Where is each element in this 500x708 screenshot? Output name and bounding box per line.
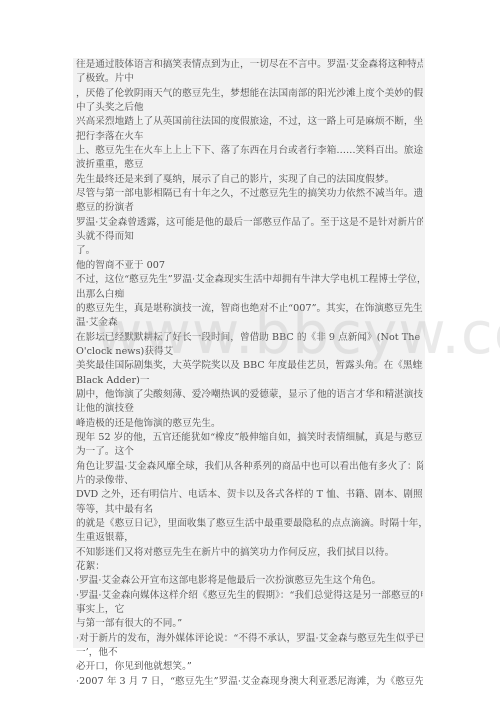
text-line: 一’，他不 bbox=[76, 646, 423, 660]
section-heading: 他的智商不亚于 007 bbox=[76, 259, 423, 273]
text-line: 波折重重，憨豆 bbox=[76, 158, 423, 172]
text-line: O'clock news)获得艾 bbox=[76, 345, 423, 359]
text-line: Black Adder)一 bbox=[76, 374, 423, 388]
text-line: 事实上，它 bbox=[76, 603, 423, 617]
document-page: 往是通过肢体语言和搞笑表情点到为止，一切尽在不言中。罗温·艾金森将这种特点表演到… bbox=[73, 58, 425, 648]
text-line: 憨豆的扮演者 bbox=[76, 201, 423, 215]
text-line: 出那么白痴 bbox=[76, 288, 423, 302]
text-line: 先生最终还是来到了戛纳，展示了自己的影片，实现了自己的法国度假梦。 bbox=[76, 173, 423, 187]
text-line: 温·艾金森 bbox=[76, 316, 423, 330]
text-line: 剧中，他饰演了尖酸刻薄、爱冷嘲热讽的爱德蒙，显示了他的语言才华和精湛演技。不过， bbox=[76, 388, 423, 402]
text-line: 的憨豆先生，真是堪称演技一流，智商也绝对不止“007”。其实，在饰演憨豆先生之前… bbox=[76, 302, 423, 316]
section-heading: 花絮： bbox=[76, 560, 423, 574]
text-line: DVD 之外，还有明信片、电话本、贺卡以及各式各样的 T 恤、书籍、剧本、剧照集… bbox=[76, 488, 423, 502]
text-line: 片的录像带、 bbox=[76, 474, 423, 488]
text-line: 与第一部有很大的不同。” bbox=[76, 617, 423, 631]
text-line: 头就不得而知 bbox=[76, 230, 423, 244]
text-line: 在影坛已经默默耕耘了好长一段时间，曾借助 BBC 的《非 9 点新闻》(Not … bbox=[76, 331, 423, 345]
text-line: ·对于新片的发布，海外媒体评论说：“不得不承认，罗温·艾金森与憨豆先生似乎已‘二… bbox=[76, 632, 423, 646]
text-line: 峰造极的还是他饰演的憨豆先生。 bbox=[76, 417, 423, 431]
text-line: 尽管与第一部电影相隔已有十年之久，不过憨豆先生的搞笑功力依然不减当年。遗憾的是， bbox=[76, 187, 423, 201]
text-line: 等等，其中最有名 bbox=[76, 503, 423, 517]
text-line: 让他的演技登 bbox=[76, 402, 423, 416]
text-line: 不过，这位“憨豆先生”罗温·艾金森现实生活中却拥有牛津大学电机工程博士学位，能够… bbox=[76, 273, 423, 287]
text-line: 必开口，你见到他就想笑。” bbox=[76, 660, 423, 674]
text-line: ·罗温·艾金森向媒体这样介绍《憨豆先生的假期》：“我们总觉得这是另一部憨豆的电影… bbox=[76, 589, 423, 603]
text-line: 现年 52 岁的他，五官还能犹如“橡皮”般伸缩自如，搞笑时表情细腻，真是与憨豆先… bbox=[76, 431, 423, 445]
text-line: 了极致。片中 bbox=[76, 72, 423, 86]
text-line: 罗温·艾金森曾透露，这可能是他的最后一部憨豆作品了。至于这是不是针对新片的炒作噱 bbox=[76, 216, 423, 230]
text-line: ，厌倦了伦敦阴雨天气的憨豆先生，梦想能在法国南部的阳光沙滩上度个美妙的假期。在 bbox=[76, 87, 423, 101]
text-line: 为一了。这个 bbox=[76, 445, 423, 459]
text-line: 的就是《憨豆日记》，里面收集了憨豆生活中最重要最隐私的点点滴滴。时隔十年，憨豆先 bbox=[76, 517, 423, 531]
text-line: 生重返银幕， bbox=[76, 531, 423, 545]
text-line: 兴高采烈地踏上了从英国前往法国的度假旅途，不过，这一路上可是麻烦不断，坐错车、 bbox=[76, 115, 423, 129]
text-line: 中了头奖之后他 bbox=[76, 101, 423, 115]
text-line: 角色让罗温·艾金森风靡全球，我们从各种系列的商品中也可以看出他有多火了：除了有剧 bbox=[76, 460, 423, 474]
text-line: 把行李落在火车 bbox=[76, 130, 423, 144]
text-line: ·罗温·艾金森公开宣布这部电影将是他最后一次扮演憨豆先生这个角色。 bbox=[76, 574, 423, 588]
text-line: 上、憨豆先生在火车上上上下下、落了东西在月台或者行李箱……笑料百出。旅途中虽然 bbox=[76, 144, 423, 158]
text-line: ·2007 年 3 月 7 日，“憨豆先生”罗温·艾金森现身澳大利亚悉尼海滩，为… bbox=[76, 675, 423, 689]
text-line: 往是通过肢体语言和搞笑表情点到为止，一切尽在不言中。罗温·艾金森将这种特点表演到 bbox=[76, 58, 423, 72]
text-line: 美奖最佳国际剧集奖，大英学院奖以及 BBC 年度最佳艺员，暂露头角。在《黑蝰蛇》… bbox=[76, 359, 423, 373]
text-line: 了。 bbox=[76, 244, 423, 258]
text-line: 不知影迷们又将对憨豆先生在新片中的搞笑功力作何反应，我们拭目以待。 bbox=[76, 546, 423, 560]
